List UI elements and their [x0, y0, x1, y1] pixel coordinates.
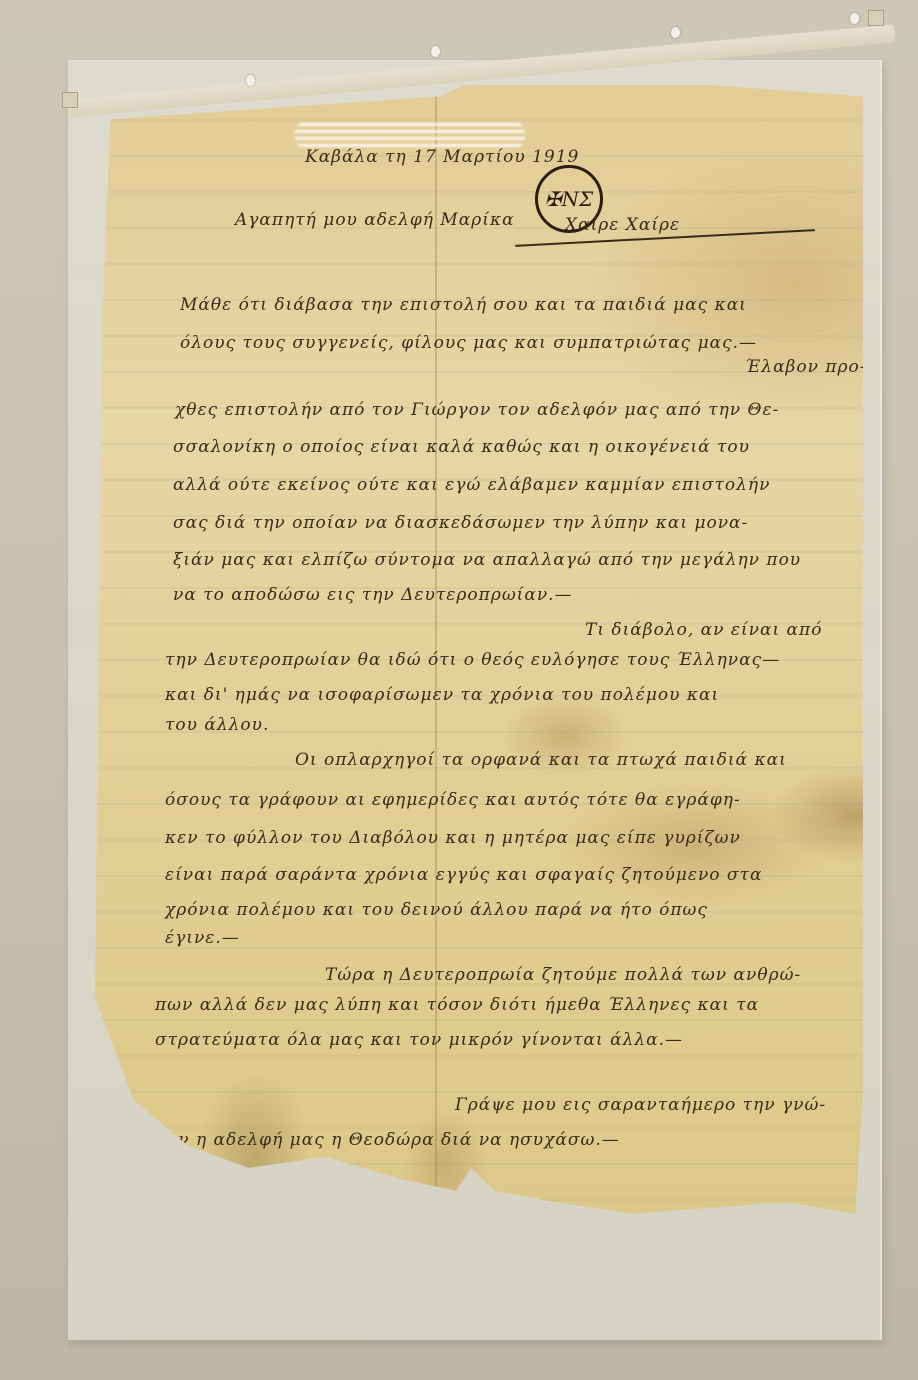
body-line: Τώρα η Δευτεροπρωία ζητούμε πολλά των αν…	[325, 965, 801, 985]
body-line: αλλά ούτε εκείνος ούτε και εγώ ελάβαμεν …	[173, 475, 770, 495]
body-line: είναι παρά σαράντα χρόνια εγγύς και σφαγ…	[165, 865, 762, 885]
body-line: μην η αδελφή μας η Θεοδώρα διά να ησυχάσ…	[155, 1130, 620, 1150]
pin	[671, 27, 680, 38]
salutation: Χαίρε Χαίρε	[565, 215, 680, 235]
body-line: να το αποδώσω εις την Δευτεροπρωίαν.—	[173, 585, 573, 605]
body-line: έγινε.—	[165, 928, 240, 948]
pin	[850, 13, 859, 24]
rod-bracket-left	[62, 92, 78, 108]
place-date: Καβάλα τη 17 Μαρτίου 1919	[305, 147, 579, 167]
body-line: χρόνια πολέμου και του δεινού άλλου παρά…	[165, 900, 708, 920]
body-line: όλους τους συγγενείς, φίλους μας και συμ…	[180, 333, 757, 353]
body-line: Οι οπλαρχηγοί τα ορφανά και τα πτωχά παι…	[295, 750, 787, 770]
body-line: του άλλου.	[165, 715, 269, 735]
body-line: σας διά την οποίαν να διασκεδάσωμεν την …	[173, 513, 748, 533]
body-line: Έλαβον προ-	[745, 357, 867, 377]
pin	[246, 75, 255, 86]
pin	[431, 46, 440, 57]
body-line: πων αλλά δεν μας λύπη και τόσον διότι ήμ…	[155, 995, 759, 1015]
letter-paper: Καβάλα τη 17 Μαρτίου 1919 ✠ΝΣ Αγαπητή μο…	[95, 85, 863, 1225]
body-line: χθες επιστολήν από τον Γιώργον τον αδελφ…	[175, 400, 779, 420]
body-line: όσους τα γράφουν αι εφημερίδες και αυτός…	[165, 790, 741, 810]
greeting: Αγαπητή μου αδελφή Μαρίκα	[235, 210, 515, 230]
body-line: σσαλονίκη ο οποίος είναι καλά καθώς και …	[173, 437, 750, 457]
sleeve-glare	[295, 123, 525, 147]
body-line: ξιάν μας και ελπίζω σύντομα να απαλλαγώ …	[173, 550, 801, 570]
body-line: κεν το φύλλον του Διαβόλου και η μητέρα …	[165, 828, 741, 848]
rod-bracket-right	[868, 10, 884, 26]
body-line: και δι' ημάς να ισοφαρίσωμεν τα χρόνια τ…	[165, 685, 719, 705]
body-line: Τι διάβολο, αν είναι από	[585, 620, 822, 640]
body-line: Μάθε ότι διάβασα την επιστολή σου και τα…	[180, 295, 747, 315]
body-line: στρατεύματα όλα μας και τον μικρόν γίνον…	[155, 1030, 683, 1050]
body-line: την Δευτεροπρωίαν θα ιδώ ότι ο θεός ευλό…	[165, 650, 780, 670]
body-line: Γράψε μου εις σαρανταήμερο την γνώ-	[455, 1095, 826, 1115]
